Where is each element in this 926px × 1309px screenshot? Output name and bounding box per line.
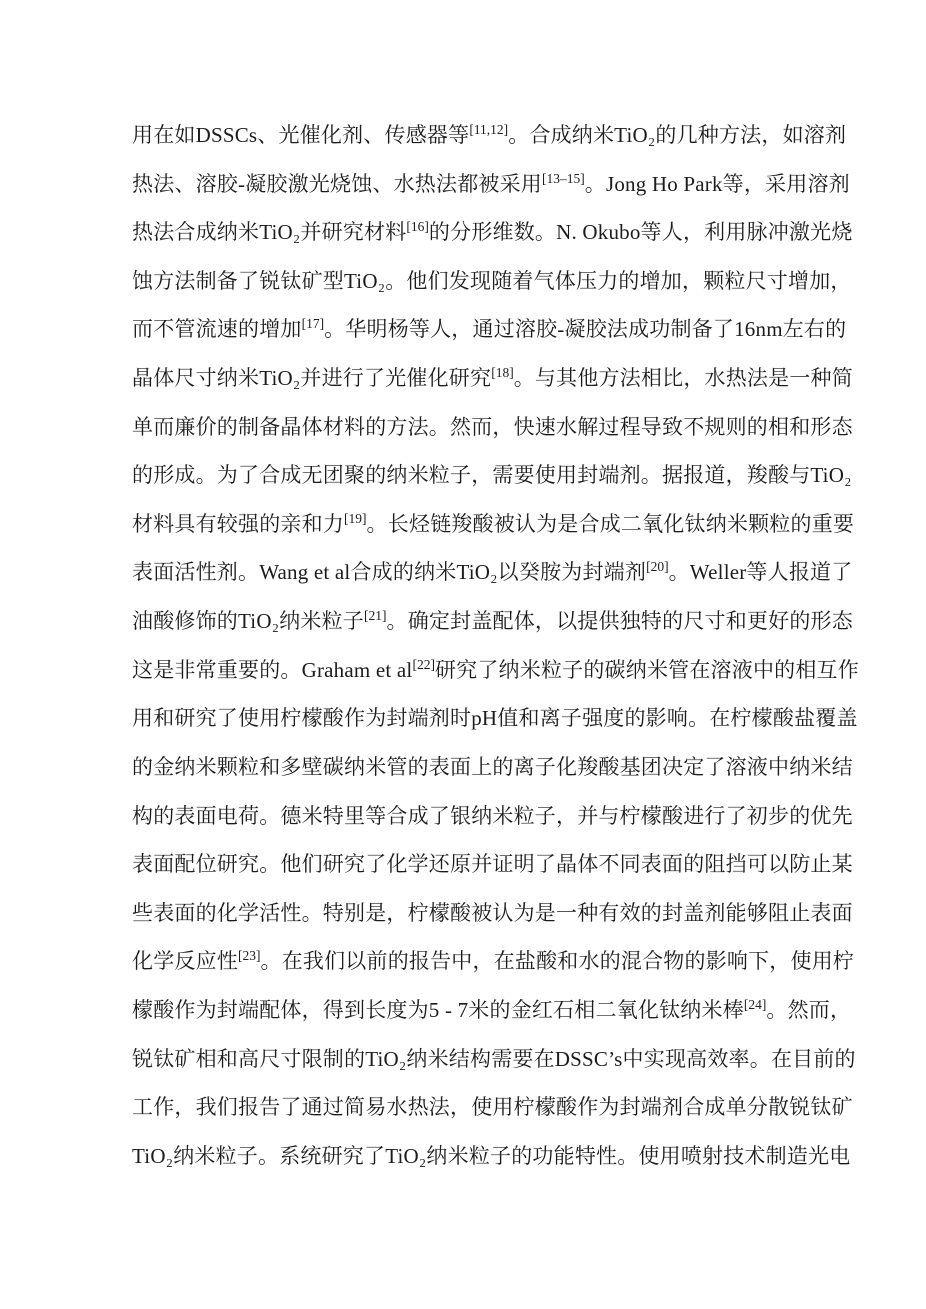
text-segment: 。确定封盖配体，以提供独特的尺寸和更好的形态 <box>387 609 853 633</box>
text-segment: 。Weller等人报道了 <box>669 560 853 584</box>
citation-superscript: [23] <box>238 948 261 963</box>
text-segment: TiO₂纳米粒子。系统研究了TiO₂纳米粒子的功能特性。使用喷射技术制造光电 <box>132 1144 850 1168</box>
text-segment: 构的表面电荷。德米特里等合成了银纳米粒子，并与柠檬酸进行了初步的优先 <box>132 804 853 828</box>
text-line: 工作，我们报告了通过简易水热法，使用柠檬酸作为封端剂合成单分散锐钛矿 <box>132 1083 790 1132</box>
text-line: 表面配位研究。他们研究了化学还原并证明了晶体不同表面的阻挡可以防止某 <box>132 840 790 889</box>
text-line: 檬酸作为封端配体，得到长度为5 - 7米的金红石相二氧化钛纳米棒[24]。然而， <box>132 986 790 1035</box>
document-page: 用在如DSSCs、光催化剂、传感器等[11,12]。合成纳米TiO₂的几种方法，… <box>0 0 926 1309</box>
text-line: TiO₂纳米粒子。系统研究了TiO₂纳米粒子的功能特性。使用喷射技术制造光电 <box>132 1132 790 1181</box>
text-line: 构的表面电荷。德米特里等合成了银纳米粒子，并与柠檬酸进行了初步的优先 <box>132 792 790 841</box>
text-line: 热法合成纳米TiO₂并研究材料[16]的分形维数。N. Okubo等人，利用脉冲… <box>132 208 790 257</box>
text-line: 单而廉价的制备晶体材料的方法。然而，快速水解过程导致不规则的相和形态 <box>132 403 790 452</box>
citation-superscript: [24] <box>744 997 767 1012</box>
paragraph-text: 用在如DSSCs、光催化剂、传感器等[11,12]。合成纳米TiO₂的几种方法，… <box>132 111 790 1180</box>
text-line: 热法、溶胶-凝胶激光烧蚀、水热法都被采用[13–15]。Jong Ho Park… <box>132 160 790 209</box>
text-segment: 晶体尺寸纳米TiO₂并进行了光催化研究 <box>132 366 491 390</box>
text-line: 表面活性剂。Wang et al合成的纳米TiO₂以癸胺为封端剂[20]。Wel… <box>132 548 790 597</box>
text-segment: 。Jong Ho Park等，采用溶剂 <box>585 172 850 196</box>
citation-superscript: [13–15] <box>542 171 585 186</box>
text-line: 的形成。为了合成无团聚的纳米粒子，需要使用封端剂。据报道，羧酸与TiO₂ <box>132 451 790 500</box>
text-segment: 而不管流速的增加 <box>132 317 302 341</box>
text-line: 晶体尺寸纳米TiO₂并进行了光催化研究[18]。与其他方法相比，水热法是一种简 <box>132 354 790 403</box>
text-segment: 热法合成纳米TiO₂并研究材料 <box>132 220 406 244</box>
text-segment: 这是非常重要的。Graham et al <box>132 658 412 682</box>
text-segment: 热法、溶胶-凝胶激光烧蚀、水热法都被采用 <box>132 172 542 196</box>
text-segment: 些表面的化学活性。特别是，柠檬酸被认为是一种有效的封盖剂能够阻止表面 <box>132 901 853 925</box>
text-line: 蚀方法制备了锐钛矿型TiO₂。他们发现随着气体压力的增加，颗粒尺寸增加， <box>132 257 790 306</box>
text-line: 用和研究了使用柠檬酸作为封端剂时pH值和离子强度的影响。在柠檬酸盐覆盖 <box>132 694 790 743</box>
citation-superscript: [22] <box>412 657 435 672</box>
text-segment: 研究了纳米粒子的碳纳米管在溶液中的相互作 <box>435 658 859 682</box>
citation-superscript: [11,12] <box>469 122 508 137</box>
text-segment: 的分形维数。N. Okubo等人，利用脉冲激光烧 <box>429 220 853 244</box>
text-line: 的金纳米颗粒和多壁碳纳米管的表面上的离子化羧酸基团决定了溶液中纳米结 <box>132 743 790 792</box>
citation-superscript: [19] <box>344 511 367 526</box>
citation-superscript: [17] <box>302 316 325 331</box>
citation-superscript: [20] <box>646 559 669 574</box>
text-segment: 表面活性剂。Wang et al合成的纳米TiO₂以癸胺为封端剂 <box>132 560 646 584</box>
text-line: 化学反应性[23]。在我们以前的报告中，在盐酸和水的混合物的影响下，使用柠 <box>132 937 790 986</box>
text-segment: 单而廉价的制备晶体材料的方法。然而，快速水解过程导致不规则的相和形态 <box>132 415 853 439</box>
text-line: 这是非常重要的。Graham et al[22]研究了纳米粒子的碳纳米管在溶液中… <box>132 646 790 695</box>
text-line: 用在如DSSCs、光催化剂、传感器等[11,12]。合成纳米TiO₂的几种方法，… <box>132 111 790 160</box>
text-segment: 化学反应性 <box>132 949 238 973</box>
citation-superscript: [21] <box>364 608 387 623</box>
text-segment: 用在如DSSCs、光催化剂、传感器等 <box>132 123 469 147</box>
text-line: 锐钛矿相和高尺寸限制的TiO₂纳米结构需要在DSSC’s中实现高效率。在目前的 <box>132 1035 790 1084</box>
text-line: 些表面的化学活性。特别是，柠檬酸被认为是一种有效的封盖剂能够阻止表面 <box>132 889 790 938</box>
text-segment: 。在我们以前的报告中，在盐酸和水的混合物的影响下，使用柠 <box>261 949 855 973</box>
text-segment: 。长烃链羧酸被认为是合成二氧化钛纳米颗粒的重要 <box>367 512 855 536</box>
text-segment: 的形成。为了合成无团聚的纳米粒子，需要使用封端剂。据报道，羧酸与TiO₂ <box>132 463 852 487</box>
text-line: 而不管流速的增加[17]。华明杨等人，通过溶胶-凝胶法成功制备了16nm左右的 <box>132 305 790 354</box>
text-segment: 檬酸作为封端配体，得到长度为5 - 7米的金红石相二氧化钛纳米棒 <box>132 998 744 1022</box>
text-segment: 蚀方法制备了锐钛矿型TiO₂。他们发现随着气体压力的增加，颗粒尺寸增加， <box>132 269 852 293</box>
text-segment: 表面配位研究。他们研究了化学还原并证明了晶体不同表面的阻挡可以防止某 <box>132 852 853 876</box>
text-segment: 。然而， <box>766 998 851 1022</box>
text-segment: 。与其他方法相比，水热法是一种简 <box>514 366 853 390</box>
text-segment: 。合成纳米TiO₂的几种方法，如溶剂 <box>508 123 846 147</box>
text-segment: 材料具有较强的亲和力 <box>132 512 344 536</box>
citation-superscript: [16] <box>406 219 429 234</box>
text-line: 材料具有较强的亲和力[19]。长烃链羧酸被认为是合成二氧化钛纳米颗粒的重要 <box>132 500 790 549</box>
text-line: 油酸修饰的TiO₂纳米粒子[21]。确定封盖配体，以提供独特的尺寸和更好的形态 <box>132 597 790 646</box>
text-segment: 。华明杨等人，通过溶胶-凝胶法成功制备了16nm左右的 <box>324 317 846 341</box>
text-segment: 工作，我们报告了通过简易水热法，使用柠檬酸作为封端剂合成单分散锐钛矿 <box>132 1095 853 1119</box>
citation-superscript: [18] <box>491 365 514 380</box>
text-segment: 锐钛矿相和高尺寸限制的TiO₂纳米结构需要在DSSC’s中实现高效率。在目前的 <box>132 1047 856 1071</box>
text-segment: 油酸修饰的TiO₂纳米粒子 <box>132 609 364 633</box>
text-segment: 用和研究了使用柠檬酸作为封端剂时pH值和离子强度的影响。在柠檬酸盐覆盖 <box>132 706 858 730</box>
text-segment: 的金纳米颗粒和多壁碳纳米管的表面上的离子化羧酸基团决定了溶液中纳米结 <box>132 755 853 779</box>
